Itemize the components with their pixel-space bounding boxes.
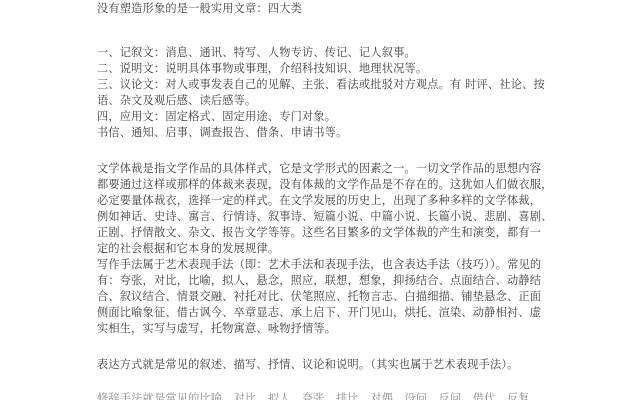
genre-paragraph-line: 必定要量体裁衣，选择一定的样式。在文学发展的历史上，出现了多种多样的文学体裁， <box>97 194 541 208</box>
technique-paragraph-line: 合、叙议结合、情景交融、衬托对比、伏笔照应、托物言志、白描细描、铺垫悬念、正面 <box>97 290 541 304</box>
expression-line: 表达方式就是常见的叙述、描写、抒情、议论和说明。（其实也属于艺术表现手法）。 <box>97 358 519 372</box>
genre-paragraph-line: 文学体裁是指文学作品的具体样式，它是文学形式的因素之一。一切文学作品的思想内容 <box>97 162 541 176</box>
genre-paragraph-line: 正剧、抒情散文、杂文、报告文学等等。这些名目繁多的文学体裁的产生和演变，都有一 <box>97 226 541 240</box>
genre-paragraph-line: 例如神话、史诗、寓言、行情诗、叙事诗、短篇小说、中篇小说、长篇小说、悲剧、喜剧、 <box>97 210 553 224</box>
cutoff-line: 修辞手法就是常见的比喻、对比、拟人、夸张、排比、对偶、设问、反问、借代、反复 <box>97 392 530 400</box>
genre-paragraph-line: 定的社会根据和它本身的发展规律。 <box>97 242 279 256</box>
document-title: 没有塑造形象的是一般实用文章：四大类 <box>97 2 302 16</box>
category-line: 二、说明文：说明具体事物或事理，介绍科技知识、地理状况等。 <box>97 62 427 76</box>
genre-paragraph-line: 都要通过这样或那样的体裁来表现，没有体裁的文学作品是不存在的。这犹如人们做衣服， <box>97 178 553 192</box>
category-line: 三、议论文：对人或事发表自己的见解、主张、看法或批驳对方观点。有 时评、社论、按 <box>97 78 545 92</box>
technique-paragraph-line: 侧面比喻象征、借古讽今、卒章显志、承上启下、开门见山，烘托、渲染、动静相衬、虚 <box>97 306 541 320</box>
technique-paragraph-line: 有：夸张，对比，比喻，拟人，悬念，照应，联想，想象，抑扬结合、点面结合、动静结 <box>97 274 541 288</box>
category-line: 四，应用文：固定格式、固定用途、专门对象。 <box>97 110 336 124</box>
technique-paragraph-line: 实相生，实写与虚写，托物寓意、咏物抒情等。 <box>97 322 336 336</box>
category-line: 一、记叙文：消息、通讯、特写、人物专访、传记、记人叙事。 <box>97 46 416 60</box>
category-line: 书信、通知、启事、调查报告、借条、申请书等。 <box>97 126 348 140</box>
technique-paragraph-line: 写作手法属于艺术表现手法（即：艺术手法和表现手法，也含表达手法（技巧））。常见的 <box>97 258 541 272</box>
category-line: 语、杂文及观后感、读后感等。 <box>97 94 256 108</box>
